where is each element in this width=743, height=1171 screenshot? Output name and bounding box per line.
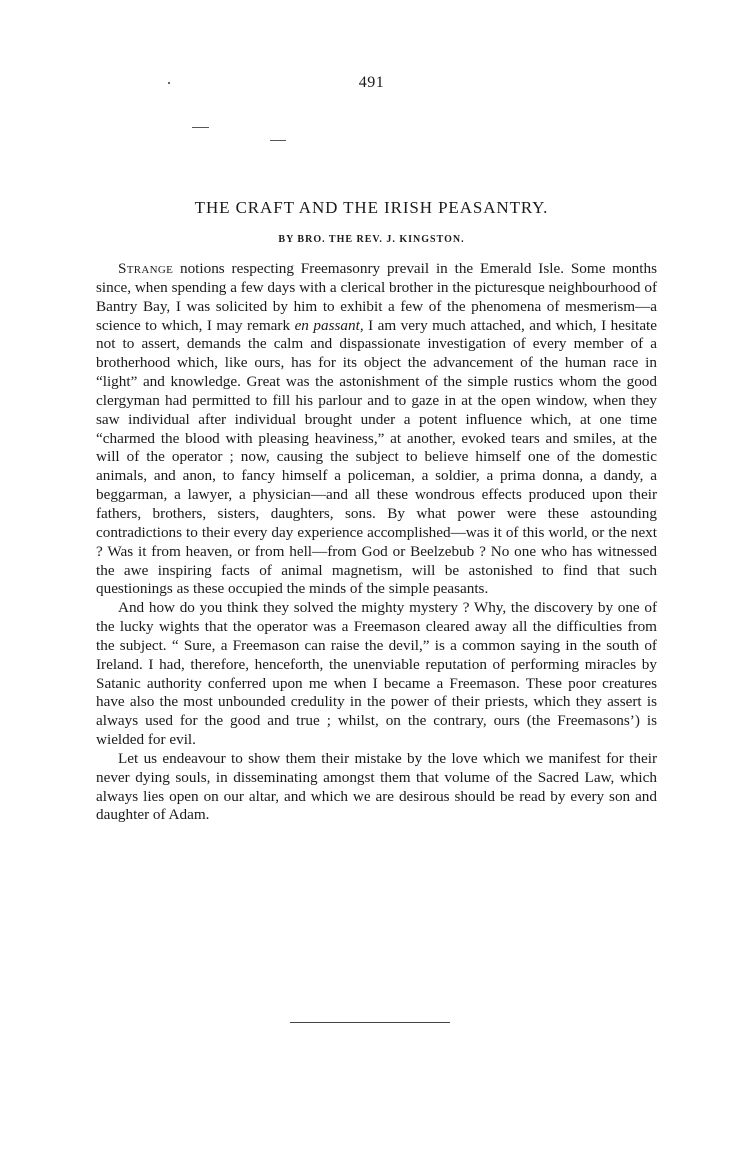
italic-phrase: en passant xyxy=(295,317,360,334)
page-number: 491 xyxy=(0,74,743,92)
article-title: THE CRAFT AND THE IRISH PEASANTRY. xyxy=(0,198,743,218)
paragraph-2: And how do you think they solved the mig… xyxy=(96,599,657,750)
print-dash-mark xyxy=(192,127,209,128)
article-byline: BY BRO. THE REV. J. KINGSTON. xyxy=(0,234,743,245)
paragraph-text: , I am very much attached, and which, I … xyxy=(96,317,657,598)
paragraph-1: Strange notions respecting Freemasonry p… xyxy=(96,260,657,599)
end-rule xyxy=(290,1022,450,1023)
drop-lead-word: Strange xyxy=(118,260,173,277)
paragraph-3: Let us endeavour to show them their mist… xyxy=(96,750,657,825)
print-dot-mark xyxy=(168,82,170,84)
article-body: Strange notions respecting Freemasonry p… xyxy=(96,260,657,825)
print-dash-mark xyxy=(270,140,286,141)
